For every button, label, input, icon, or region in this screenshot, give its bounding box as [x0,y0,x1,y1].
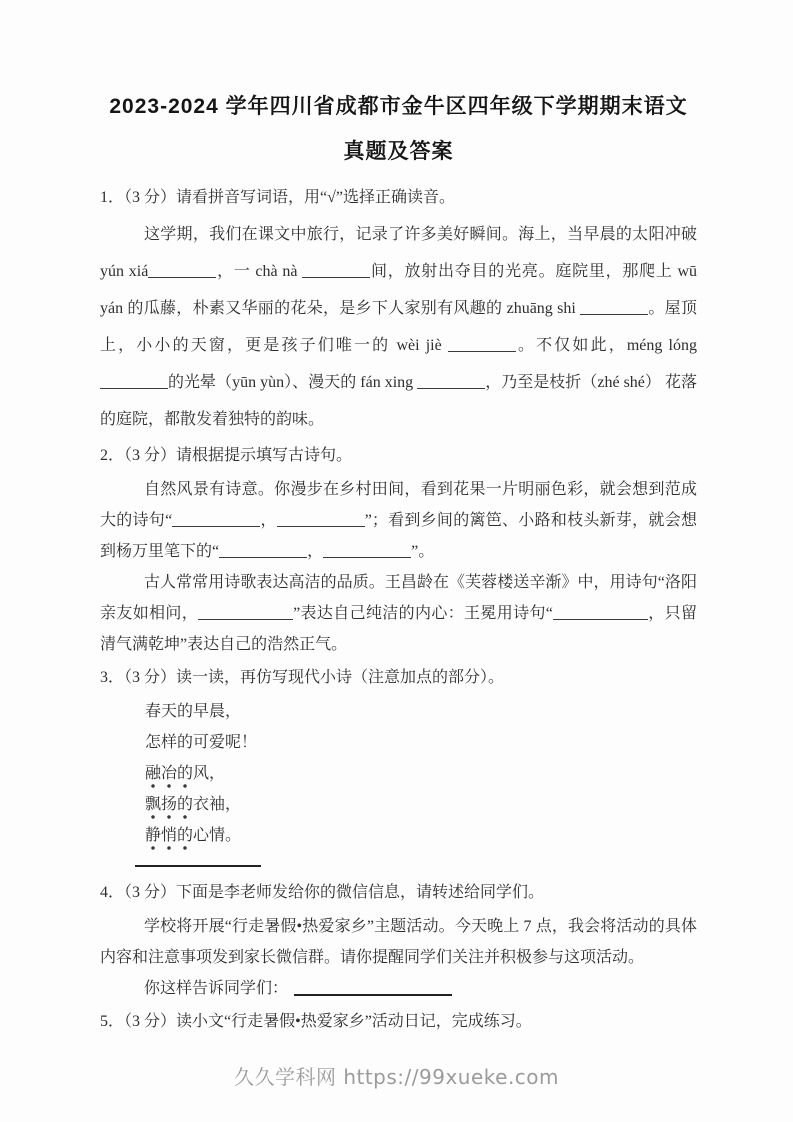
question-3-header: 3．（3 分）读一读，再仿写现代小诗（注意加点的部分）。 [100,660,697,696]
exam-page: 2023-2024 学年四川省成都市金牛区四年级下学期期末语文真题及答案 1．（… [0,0,793,1122]
question-5: 5．（3 分）读小文“行走暑假•热爱家乡”活动日记，完成练习。 [100,1004,697,1040]
question-4: 4．（3 分）下面是李老师发给你的微信信息，请转述给同学们。 学校将开展“行走暑… [100,875,697,1004]
text-run: ”表达自己纯洁的内心：王冕用诗句“ [293,605,553,622]
question-2: 2．（3 分）请根据提示填写古诗句。 自然风景有诗意。你漫步在乡村田间，看到花果… [100,438,697,660]
page-title: 2023-2024 学年四川省成都市金牛区四年级下学期期末语文真题及答案 [100,84,697,174]
question-4-header: 4．（3 分）下面是李老师发给你的微信信息，请转述给同学们。 [100,875,697,911]
text-run: 的光晕（yūn yùn）、漫天的 fán xing [168,374,417,391]
question-4-prompt-line: 你这样告诉同学们： [100,973,697,1004]
poem-line: 春天的早晨， [145,696,697,727]
question-1: 1．（3 分）请看拼音写词语，用“√”选择正确读音。 这学期，我们在课文中旅行，… [100,180,697,438]
text-run: 衣袖， [193,796,241,813]
fill-blank [553,604,648,620]
text-run: ，一 chà nà [216,263,302,280]
fill-blank [148,262,216,278]
question-3: 3．（3 分）读一读，再仿写现代小诗（注意加点的部分）。 春天的早晨， 怎样的可… [100,660,697,867]
question-1-header: 1．（3 分）请看拼音写词语，用“√”选择正确读音。 [100,180,697,216]
text-run: ， [260,512,277,529]
text-run: ， [307,543,323,560]
fill-blank [580,299,648,315]
text-run: 心情。 [193,827,241,844]
emphasized-text: 融冶的 [145,765,193,789]
answer-line [135,865,261,867]
poem-line: 静悄的心情。 [145,820,697,851]
page-title-line2: 真题及答案 [344,140,454,163]
emphasized-text: 飘扬的 [145,796,193,820]
text-run: 怎样的可爱呢！ [145,734,257,751]
fill-blank [219,542,307,558]
text-run: 。不仅如此，méng lóng [516,337,697,354]
question-2-paragraph-1: 自然风景有诗意。你漫步在乡村田间，看到花果一片明丽色彩，就会想到范成大的诗句“，… [100,474,697,567]
emphasized-text: 静悄的 [145,827,193,851]
fill-blank [302,262,370,278]
fill-blank [172,511,260,527]
question-2-paragraph-2: 古人常常用诗歌表达高洁的品质。王昌龄在《芙蓉楼送辛渐》中，用诗句“洛阳亲友如相问… [100,567,697,660]
answer-line [294,978,452,996]
question-2-header: 2．（3 分）请根据提示填写古诗句。 [100,438,697,474]
text-run: 你这样告诉同学们： [144,980,288,997]
fill-blank [100,373,168,389]
fill-blank [323,542,411,558]
fill-blank [277,511,365,527]
question-5-header: 5．（3 分）读小文“行走暑假•热爱家乡”活动日记，完成练习。 [100,1004,697,1040]
question-3-poem: 春天的早晨， 怎样的可爱呢！ 融冶的风， 飘扬的衣袖， 静悄的心情。 [145,696,697,851]
question-1-passage: 这学期，我们在课文中旅行，记录了许多美好瞬间。海上，当早晨的太阳冲破 yún x… [100,216,697,438]
poem-line: 融冶的风， [145,758,697,789]
text-run: ”。 [411,543,434,560]
poem-line: 怎样的可爱呢！ [145,727,697,758]
page-title-line1: 2023-2024 学年四川省成都市金牛区四年级下学期期末语文 [109,95,687,118]
question-4-message: 学校将开展“行走暑假•热爱家乡”主题活动。今天晚上 7 点，我会将活动的具体内容… [100,911,697,973]
fill-blank [417,373,485,389]
fill-blank [198,604,293,620]
text-run: 风， [193,765,225,782]
site-watermark: 久久学科网 https://99xueke.com [0,1061,793,1090]
poem-line: 飘扬的衣袖， [145,789,697,820]
text-run: 春天的早晨， [145,703,241,720]
fill-blank [448,336,516,352]
